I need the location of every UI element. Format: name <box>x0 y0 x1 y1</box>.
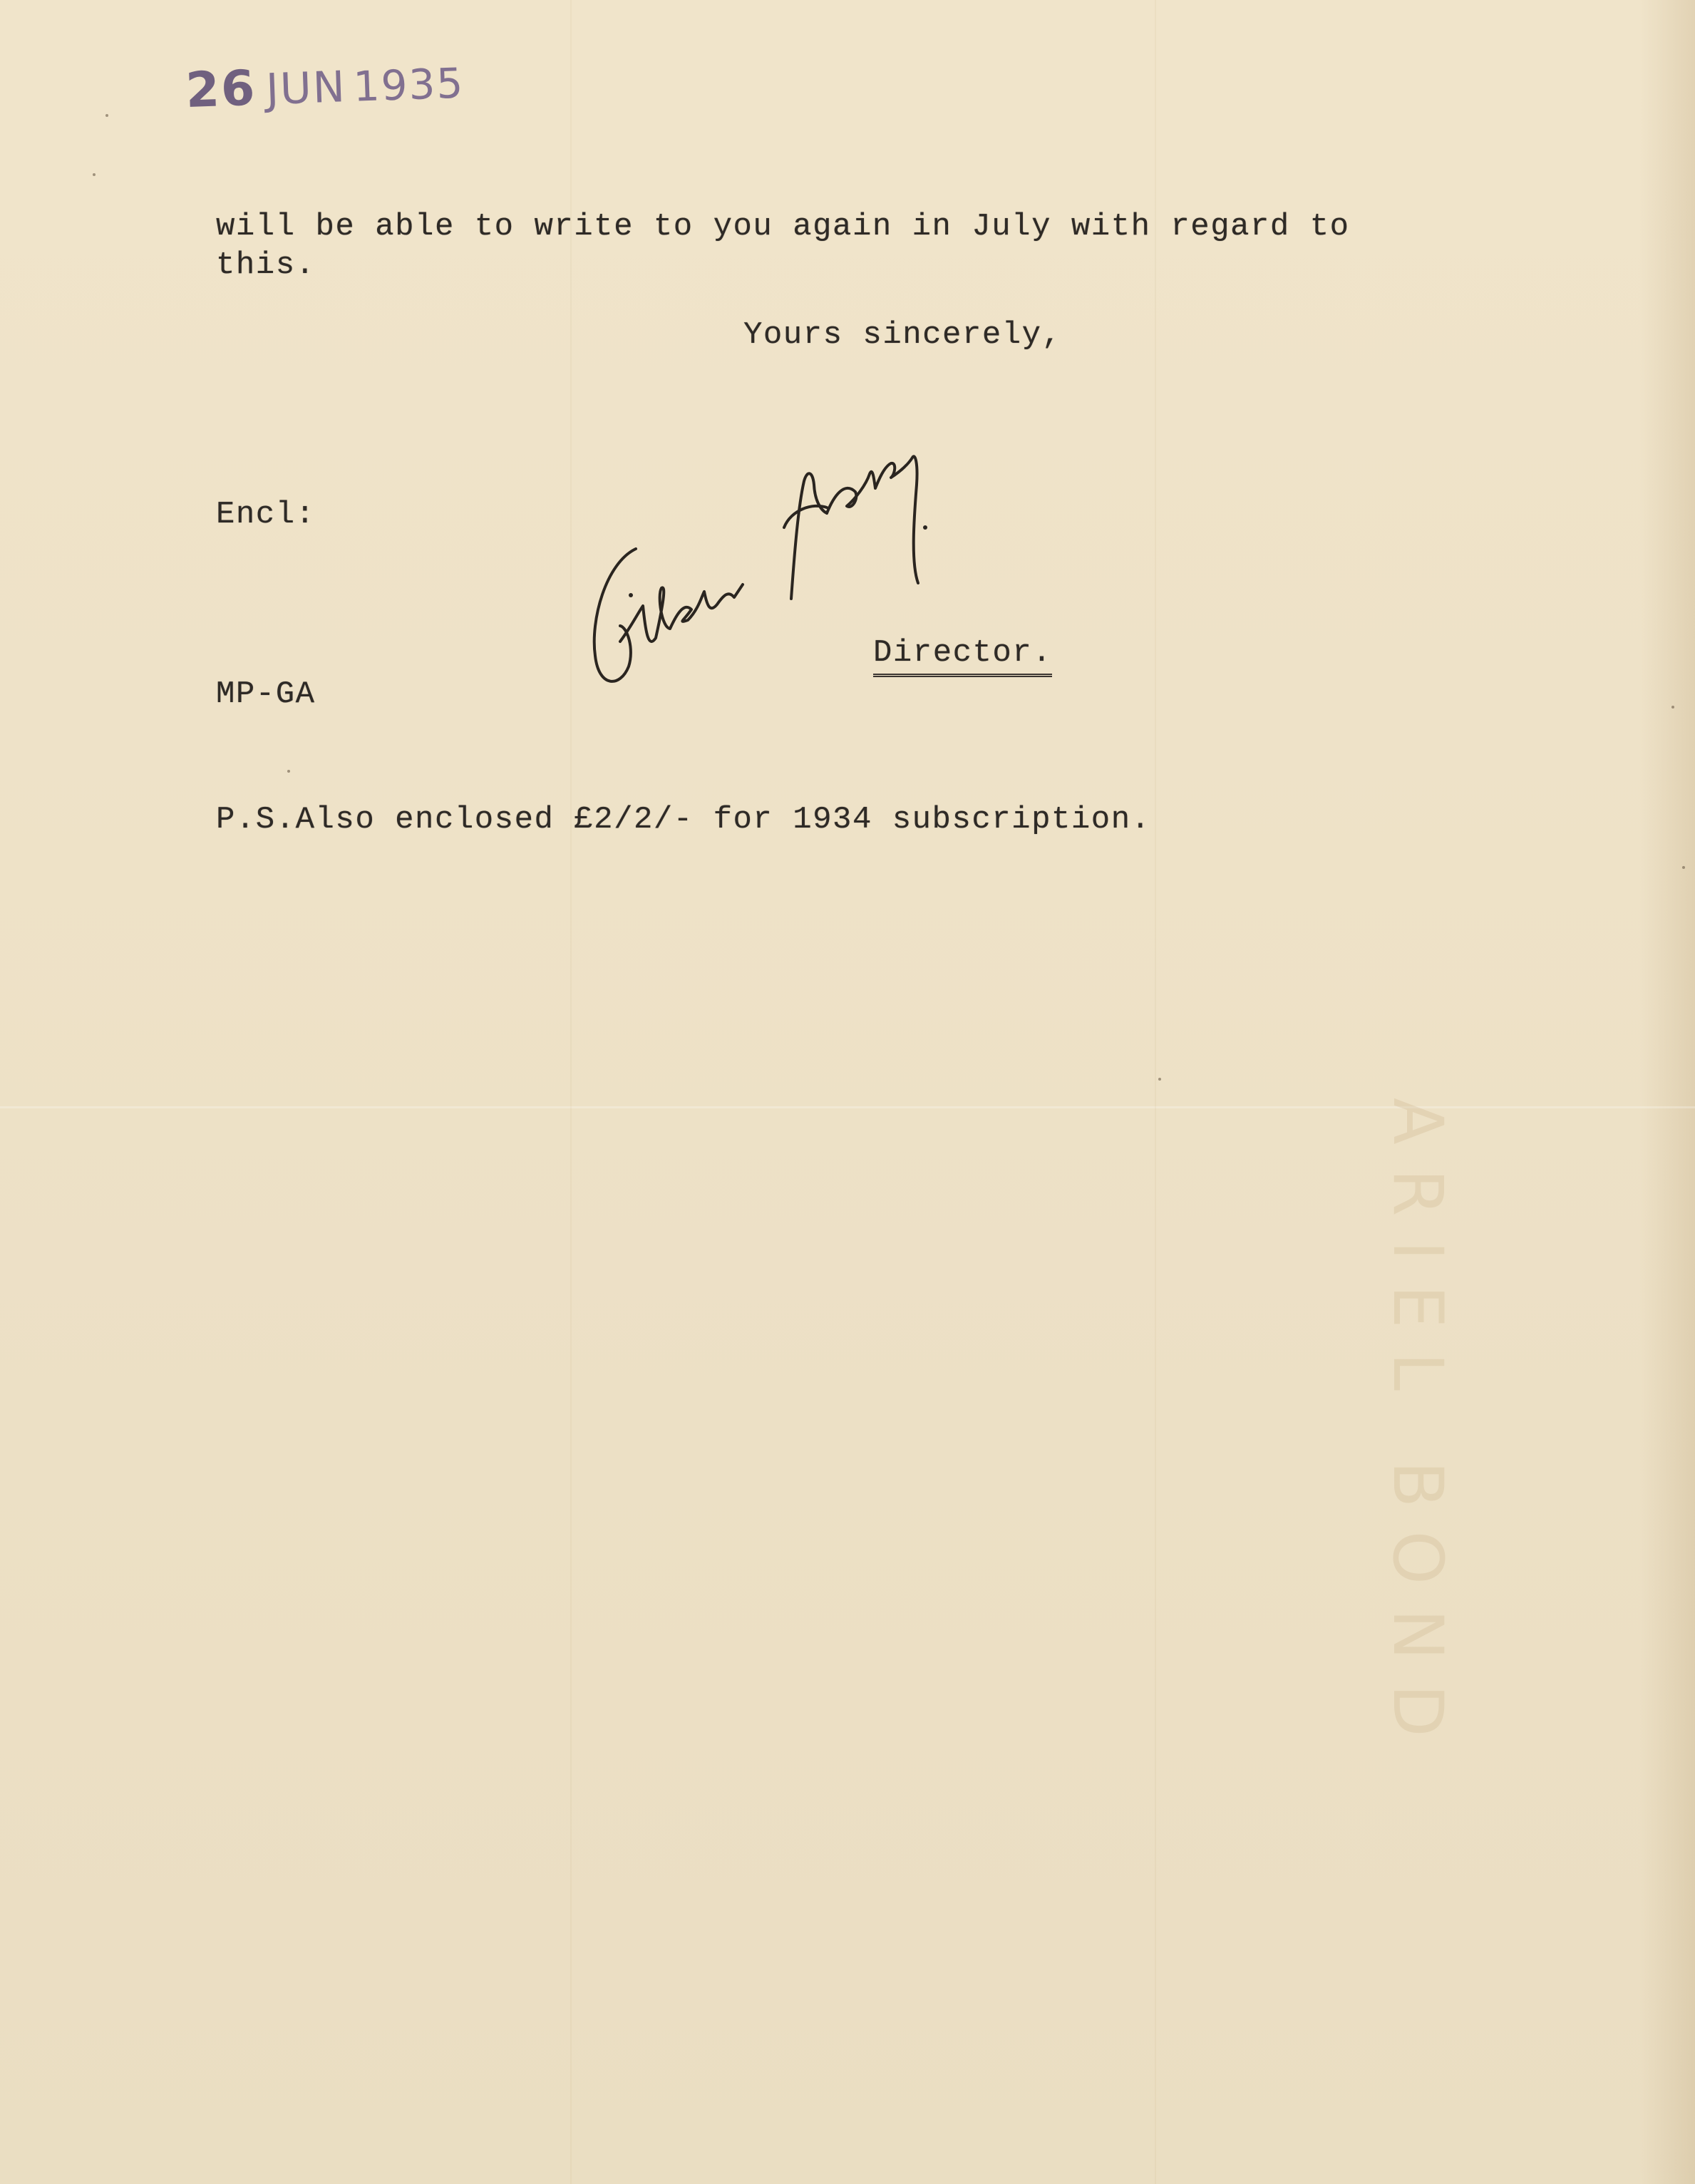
postscript: P.S.Also enclosed £2/2/- for 1934 subscr… <box>216 801 1151 838</box>
signatory-title: Director. <box>873 634 1052 671</box>
paper-watermark: ARIEL BOND <box>1378 1098 1458 1761</box>
paper-speck <box>287 770 290 773</box>
paper-crease <box>570 0 572 2184</box>
stamp-month: JUN <box>265 62 347 115</box>
stamp-year: 1935 <box>353 58 465 110</box>
paper-speck <box>93 173 96 176</box>
paper-speck <box>105 114 108 117</box>
paper-crease <box>1155 0 1156 2184</box>
stamp-day: 26 <box>185 61 257 119</box>
body-line-2: this. <box>216 247 316 284</box>
paper-speck <box>1682 866 1685 869</box>
paper-speck <box>1158 1078 1161 1081</box>
enclosure-label: Encl: <box>216 496 316 533</box>
closing-salutation: Yours sincerely, <box>743 316 1061 354</box>
signatory-title-text: Director. <box>873 635 1052 677</box>
body-line-1: will be able to write to you again in Ju… <box>216 208 1350 245</box>
date-received-stamp: 26JUN1935 <box>185 53 465 119</box>
reference-initials: MP-GA <box>216 676 316 713</box>
paper-speck <box>1671 706 1674 709</box>
